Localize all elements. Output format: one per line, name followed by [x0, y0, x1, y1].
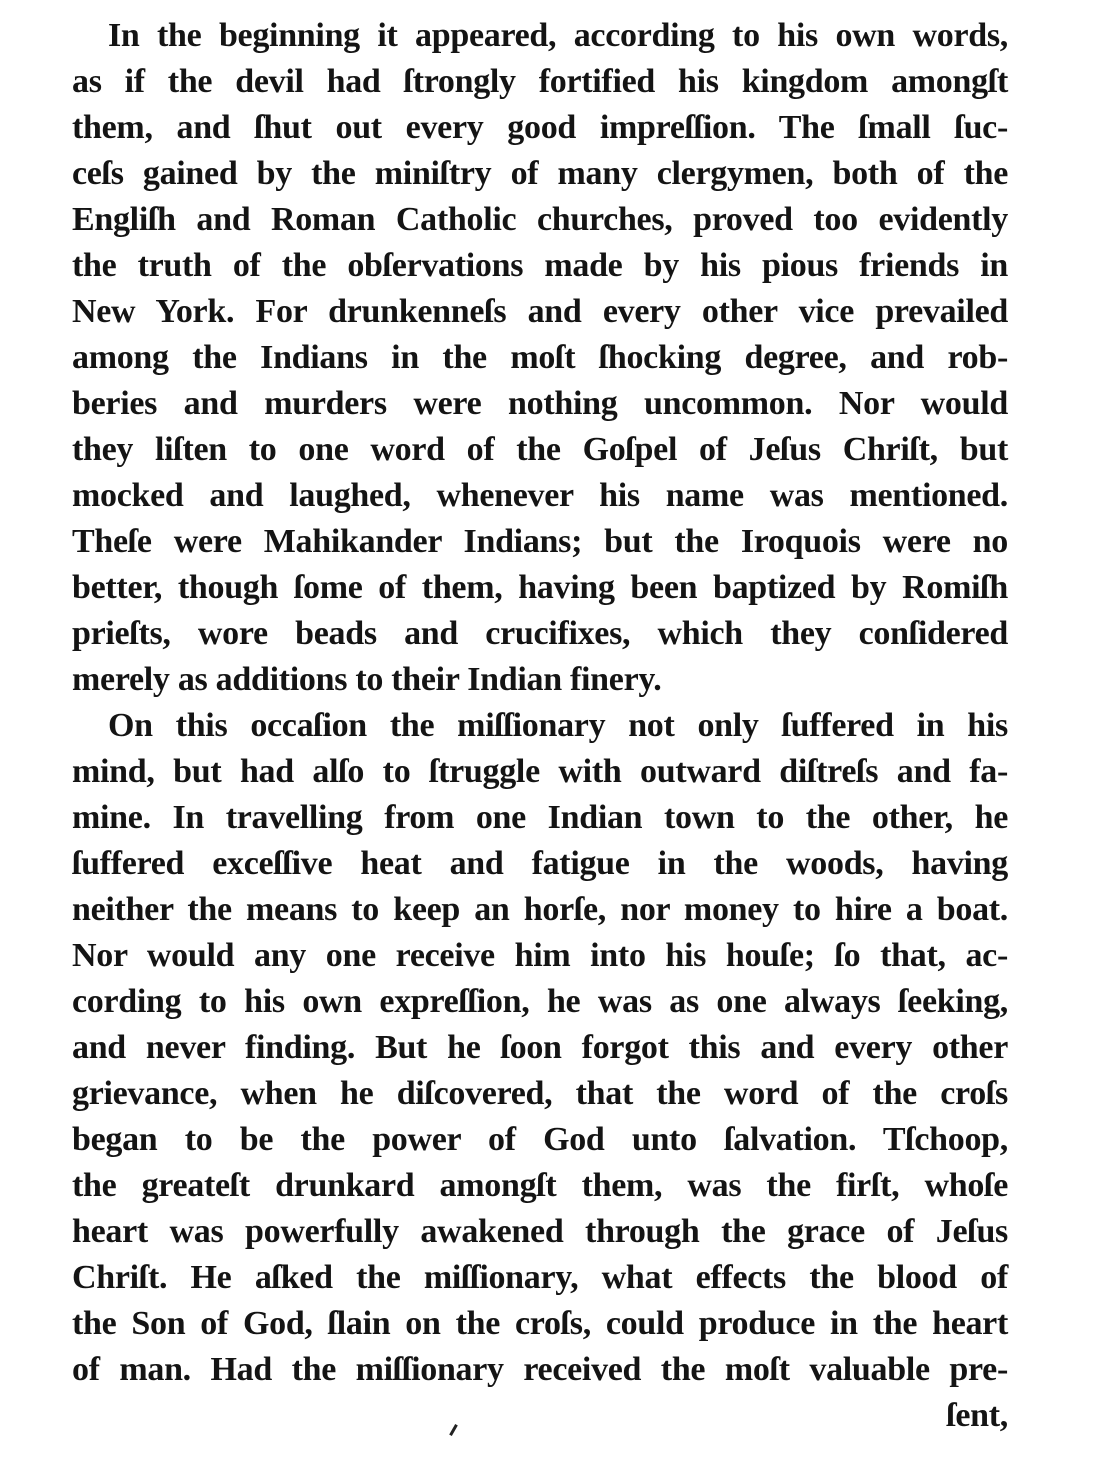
text-line: them, and ſhut out every good impreſſion… [72, 108, 1008, 148]
text-line: Theſe were Mahikander Indians; but the I… [72, 522, 1008, 562]
text-line: of man. Had the miſſionary received the … [72, 1350, 1008, 1390]
text-line: began to be the power of God unto ſalvat… [72, 1120, 1008, 1160]
text-line: Engliſh and Roman Catholic churches, pro… [72, 200, 1008, 240]
text-line: as if the devil had ſtrongly fortified h… [72, 62, 1008, 102]
text-line: New York. For drunkenneſs and every othe… [72, 292, 1008, 332]
text-line: ceſs gained by the miniſtry of many cler… [72, 154, 1008, 194]
text-line: neither the means to keep an horſe, nor … [72, 890, 1008, 930]
text-line: mocked and laughed, whenever his name wa… [72, 476, 1008, 516]
book-page: In the beginning it appeared, according … [0, 0, 1102, 1461]
text-line: On this occaſion the miſſionary not only… [108, 706, 1008, 746]
catchword: ſent, [72, 1396, 1008, 1436]
text-line: merely as additions to their Indian fine… [72, 660, 1008, 700]
text-line: beries and murders were nothing uncommon… [72, 384, 1008, 424]
text-line: and never finding. But he ſoon forgot th… [72, 1028, 1008, 1068]
text-line: the Son of God, ſlain on the croſs, coul… [72, 1304, 1008, 1344]
text-line: the greateſt drunkard amongſt them, was … [72, 1166, 1008, 1206]
text-line: cording to his own expreſſion, he was as… [72, 982, 1008, 1022]
text-line: the truth of the obſervations made by hi… [72, 246, 1008, 286]
text-line: grievance, when he diſcovered, that the … [72, 1074, 1008, 1114]
text-line: heart was powerfully awakened through th… [72, 1212, 1008, 1252]
text-line: mine. In travelling from one Indian town… [72, 798, 1008, 838]
text-line: prieſts, wore beads and crucifixes, whic… [72, 614, 1008, 654]
text-line: they liſten to one word of the Goſpel of… [72, 430, 1008, 470]
text-line: mind, but had alſo to ſtruggle with outw… [72, 752, 1008, 792]
text-line: In the beginning it appeared, according … [108, 16, 1008, 56]
text-line: among the Indians in the moſt ſhocking d… [72, 338, 1008, 378]
text-line: Nor would any one receive him into his h… [72, 936, 1008, 976]
text-line: ſuffered exceſſive heat and fatigue in t… [72, 844, 1008, 884]
text-line: better, though ſome of them, having been… [72, 568, 1008, 608]
text-line: Chriſt. He aſked the miſſionary, what ef… [72, 1258, 1008, 1298]
